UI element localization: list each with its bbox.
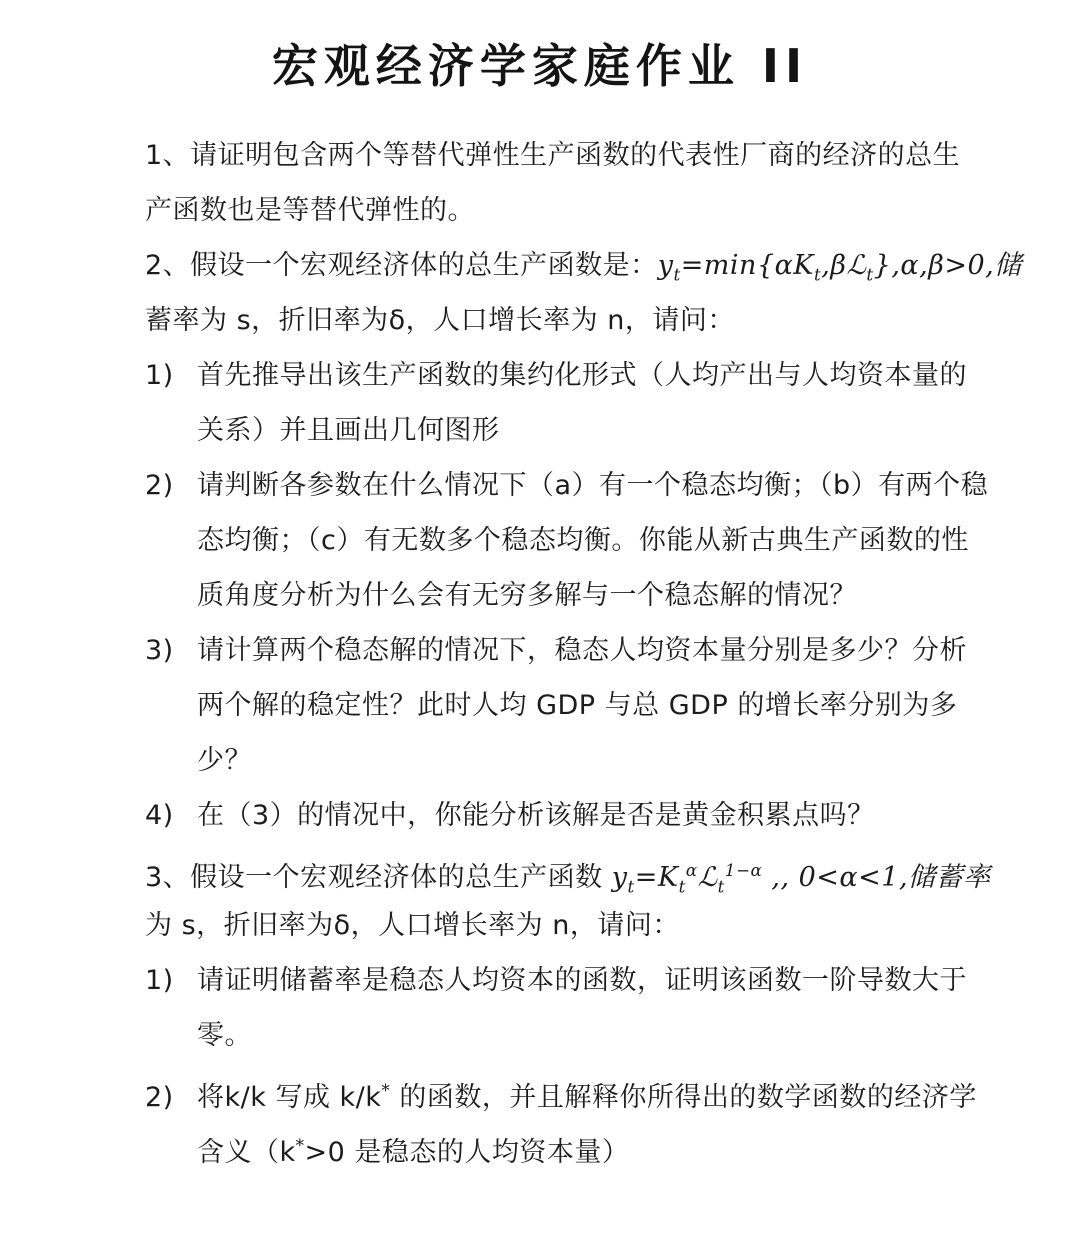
text-line: 为 s，折旧率为δ，人口增长率为 n，请问： xyxy=(145,898,955,953)
list-marker: 2) xyxy=(145,1070,197,1125)
list-marker: 3) xyxy=(145,623,197,678)
text-line: 关系）并且画出几何图形 xyxy=(145,403,955,458)
text-line: 质角度分析为什么会有无穷多解与一个稳态解的情况？ xyxy=(145,568,955,623)
text-line: 3)请计算两个稳态解的情况下，稳态人均资本量分别是多少？分析 xyxy=(145,623,955,678)
text-line: 1)首先推导出该生产函数的集约化形式（人均产出与人均资本量的 xyxy=(145,348,955,403)
text-line: 态均衡；（c）有无数多个稳态均衡。你能从新古典生产函数的性 xyxy=(145,513,955,568)
text-line: 4)在（3）的情况中，你能分析该解是否是黄金积累点吗？ xyxy=(145,788,955,843)
text-line: 两个解的稳定性？此时人均 GDP 与总 GDP 的增长率分别为多 xyxy=(145,678,955,733)
document-body: 1、请证明包含两个等替代弹性生产函数的代表性厂商的经济的总生 产函数也是等替代弹… xyxy=(145,128,955,1173)
list-marker: 2) xyxy=(145,458,197,513)
list-marker: 1) xyxy=(145,953,197,1008)
math-y: y xyxy=(658,250,674,281)
text-line: 1、请证明包含两个等替代弹性生产函数的代表性厂商的经济的总生 xyxy=(145,128,955,183)
list-marker: 4) xyxy=(145,788,197,843)
document-page: 宏观经济学家庭作业 II 1、请证明包含两个等替代弹性生产函数的代表性厂商的经济… xyxy=(0,0,1080,1244)
text-line-formula: 3、假设一个宏观经济体的总生产函数 yt=Ktαℒt1−α ,, 0<α<1,储… xyxy=(145,843,955,898)
text-line-formula: 2、假设一个宏观经济体的总生产函数是：yt=min{αKt,βℒt},α,β>0… xyxy=(145,238,955,293)
math-star: * xyxy=(381,1080,390,1100)
text-line-formula: 2)将k/k 写成 k/k* 的函数，并且解释你所得出的数学函数的经济学 xyxy=(145,1063,955,1118)
document-title: 宏观经济学家庭作业 II xyxy=(0,0,1080,96)
math-star: * xyxy=(296,1135,305,1155)
math-y: y xyxy=(612,862,628,893)
text-line: 产函数也是等替代弹性的。 xyxy=(145,183,955,238)
text-line: 2)请判断各参数在什么情况下（a）有一个稳态均衡；（b）有两个稳 xyxy=(145,458,955,513)
text-line: 少？ xyxy=(145,733,955,788)
text-line: 零。 xyxy=(145,1008,955,1063)
text-line: 蓄率为 s，折旧率为δ，人口增长率为 n，请问： xyxy=(145,293,955,348)
text-line: 1)请证明储蓄率是稳态人均资本的函数，证明该函数一阶导数大于 xyxy=(145,953,955,1008)
text-line-formula: 含义（k*>0 是稳态的人均资本量） xyxy=(145,1118,955,1173)
list-marker: 1) xyxy=(145,348,197,403)
